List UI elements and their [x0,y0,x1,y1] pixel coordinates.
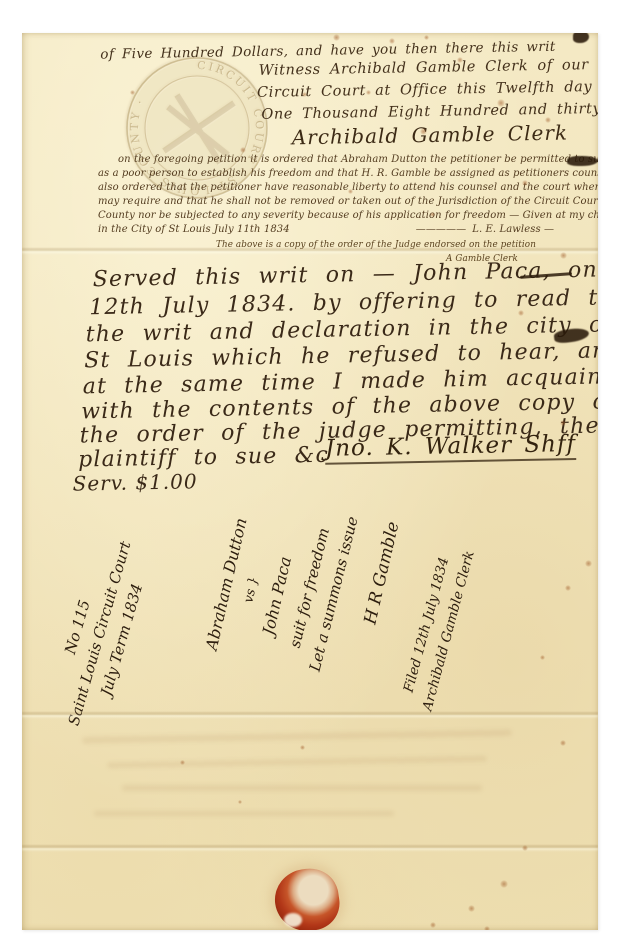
wax-seal [271,865,343,930]
service-fee: Serv. $1.00 [72,469,197,495]
foxing-spot [300,745,305,750]
attestation: The above is a copy of the order of the … [216,238,582,252]
bleed-through [82,729,512,744]
foxing-spot [560,252,567,259]
order-line: also ordered that the petitioner have re… [98,181,582,195]
foxing-spot [560,420,566,426]
writ-line: Circuit Court at Office this Twelfth day… [257,78,598,101]
writ-closing: of Five Hundred Dollars, and have you th… [22,33,598,38]
foxing-spot [430,212,435,217]
foxing-spot [366,90,371,95]
foxing-spot [457,57,463,63]
foxing-spot [565,585,571,591]
sheriff-return: Served this writ on — John Paca, on the … [22,33,598,39]
paper-sheet: CIRCUIT COURT · ST LOUIS COUNTY · of Fiv… [22,33,598,930]
fold-crease [22,845,598,848]
order-last-line: in the City of St Louis July 11th 1834 —… [98,223,582,237]
foxing-spot [484,926,490,930]
return-line: plaintiff to sue &c [78,443,329,473]
foxing-spot [424,35,429,40]
foxing-spot [518,310,524,316]
bleed-through [122,785,482,791]
judge-order: on the foregoing petition it is ordered … [98,153,582,266]
writ-line: Witness Archibald Gamble Clerk of our sa… [259,56,598,78]
foxing-spot [500,880,508,888]
clerk-signature: Archibald Gamble Clerk [292,121,569,150]
docket-filing: Filed 12th July 1834 Archibald Gamble Cl… [390,525,486,730]
bleed-through [107,756,487,769]
foxing-spot [560,740,566,746]
order-line: in the City of St Louis July 11th 1834 [98,223,290,237]
foxing-spot [497,99,505,107]
order-line: on the foregoing petition it is ordered … [118,153,582,167]
docket-court-label: No 115 Saint Louis Circuit Court July Te… [39,528,160,739]
foxing-spot [540,655,545,660]
sheriff-signature: Jno. K. Walker Shff [325,431,577,465]
order-dash: ————— [416,223,467,237]
order-line: as a poor person to establish his freedo… [98,167,582,181]
order-line: may require and that he shall not be rem… [98,195,582,209]
foxing-spot [389,38,395,44]
foxing-spot [468,905,475,912]
foxing-spot [348,189,353,194]
foxing-spot [180,760,185,765]
foxing-spot [238,800,242,804]
foxing-spot [333,34,340,41]
foxing-spot [240,147,246,153]
ink-blot [573,33,589,43]
foxing-spot [130,90,135,95]
foxing-spot [430,922,436,928]
foxing-spot [545,117,551,123]
foxing-spot [522,845,528,851]
document-scan: CIRCUIT COURT · ST LOUIS COUNTY · of Fiv… [0,0,640,952]
wax-seal-chip [284,913,302,927]
order-line: County nor be subjected to any severity … [98,209,582,223]
foxing-spot [522,180,528,186]
foxing-spot [420,128,427,135]
judge-signature: L. E. Lawless — [472,223,554,237]
foxing-spot [302,92,307,97]
bleed-through [94,811,394,816]
foxing-spot [585,560,592,567]
